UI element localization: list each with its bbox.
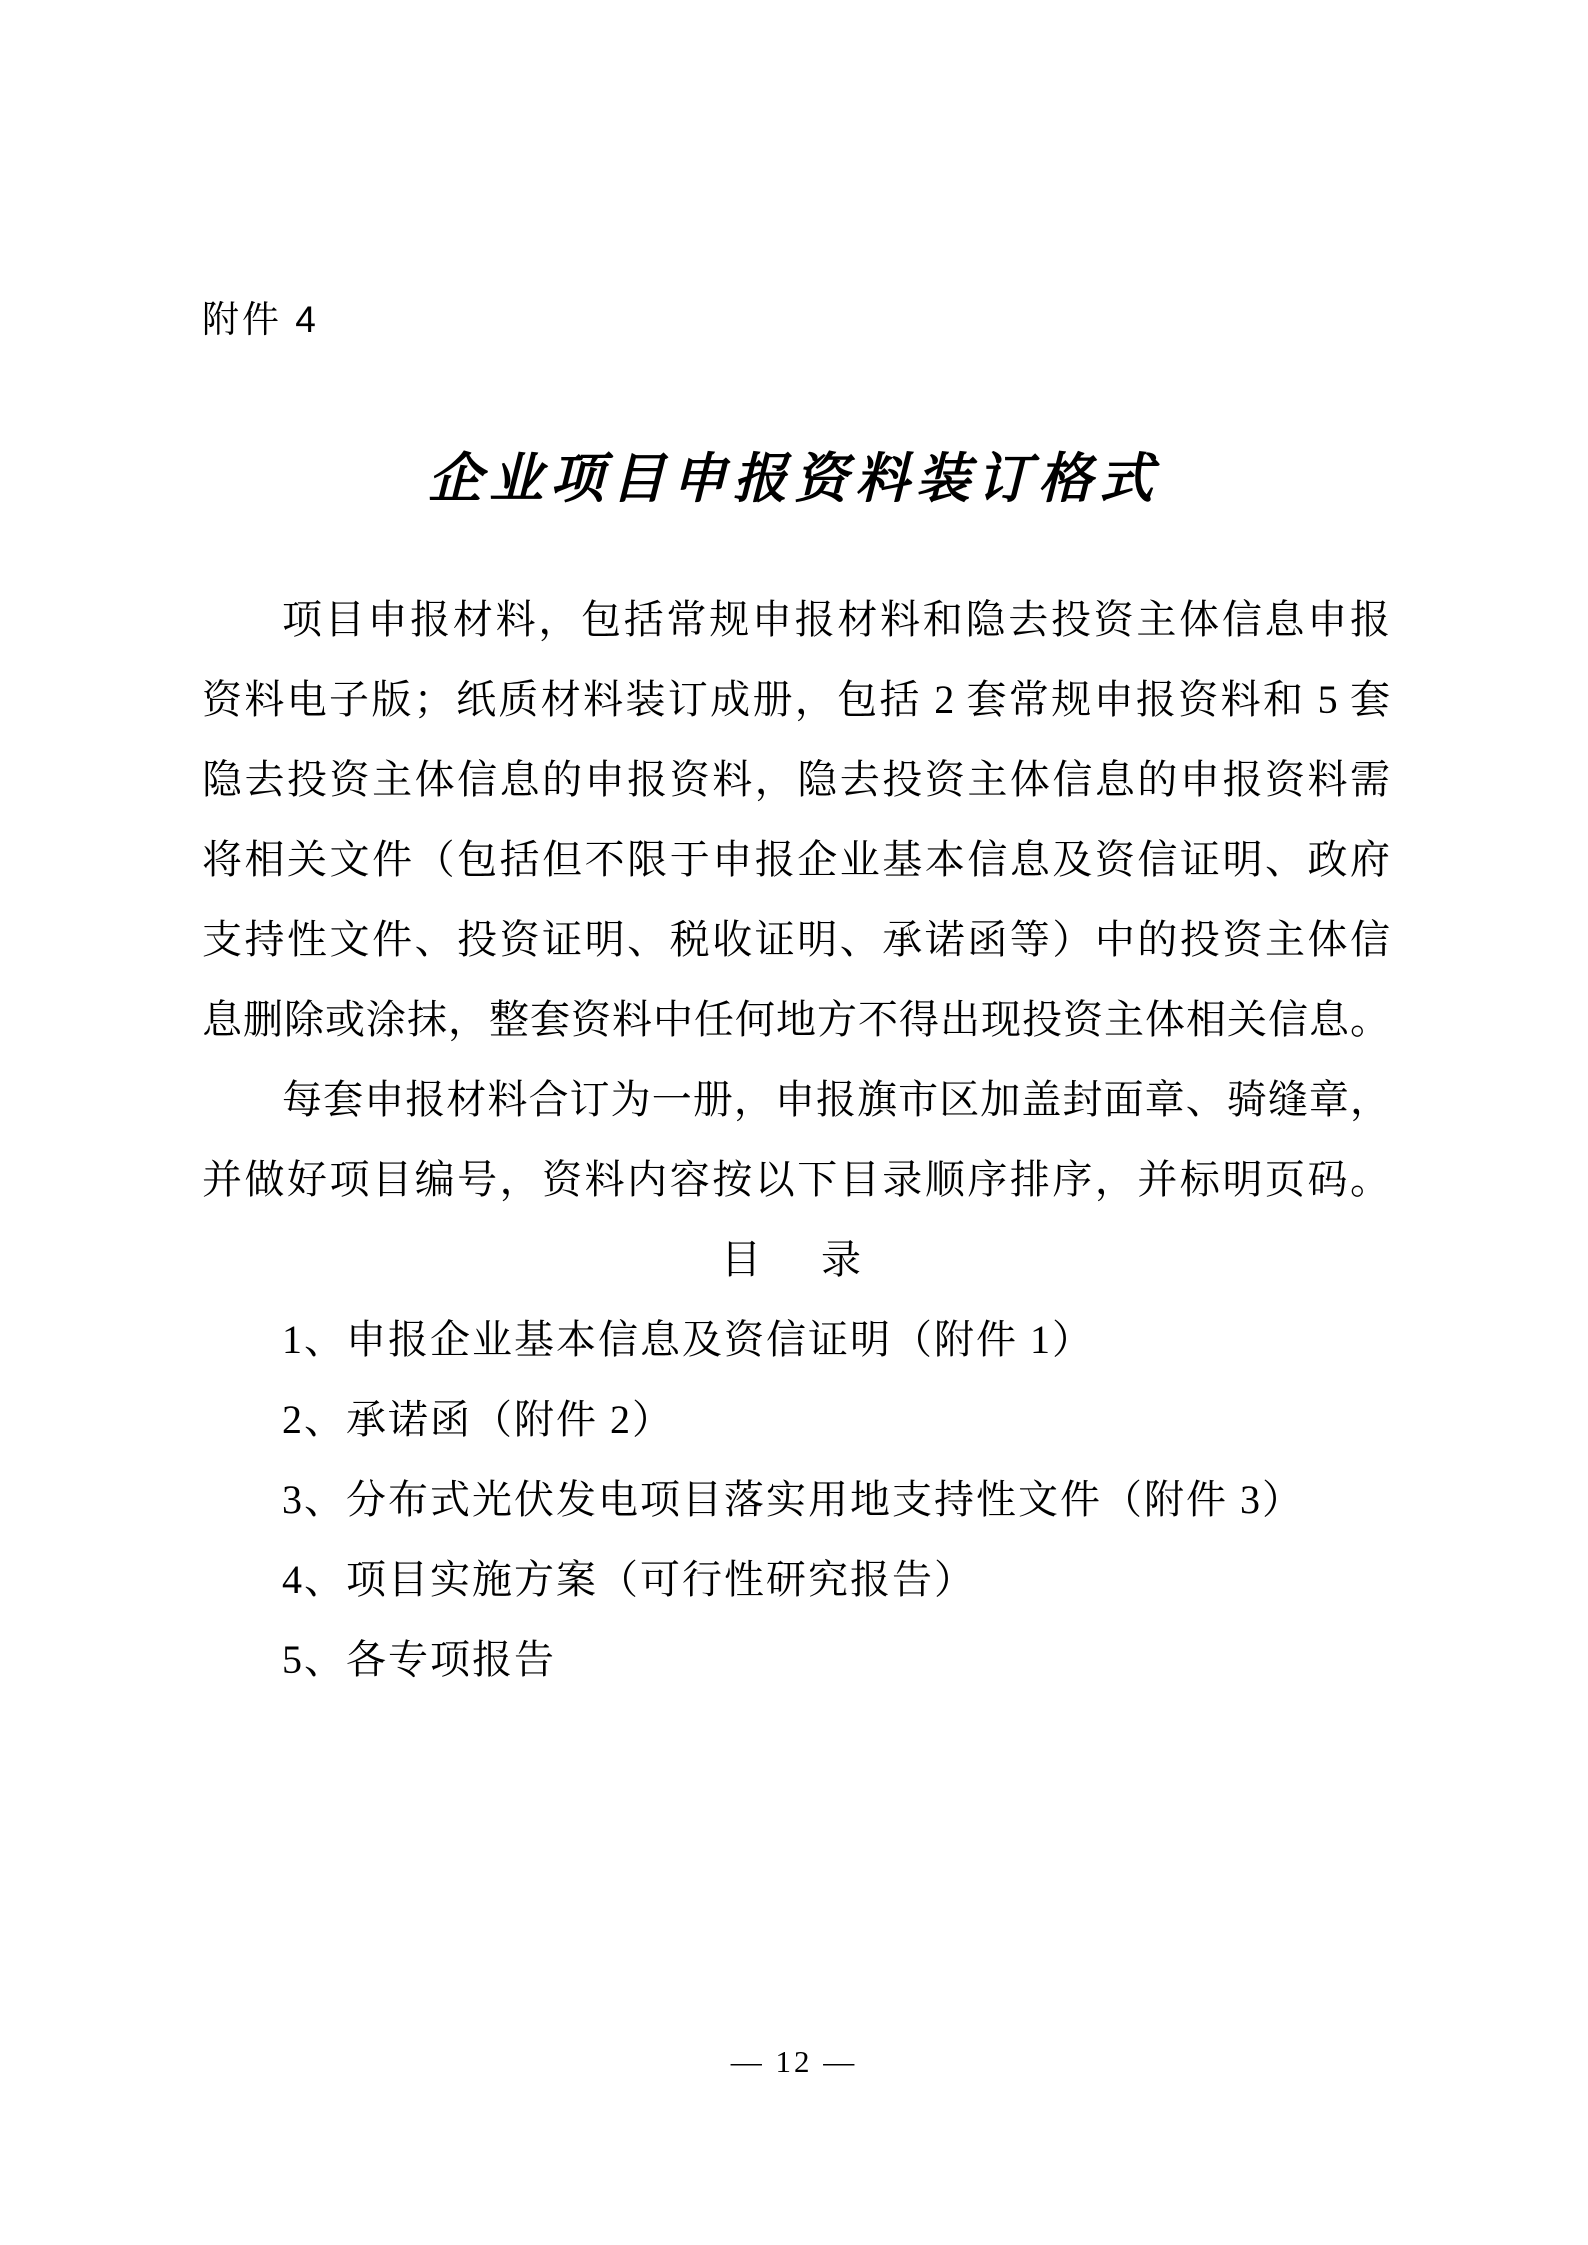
body-line: 支持性文件、投资证明、税收证明、承诺函等）中的投资主体信 — [202, 900, 1390, 980]
toc-item: 5、各专项报告 — [202, 1620, 1390, 1700]
body-line: 并做好项目编号，资料内容按以下目录顺序排序，并标明页码。 — [202, 1140, 1390, 1220]
toc-heading: 目 录 — [202, 1220, 1390, 1300]
body-line: 息删除或涂抹，整套资料中任何地方不得出现投资主体相关信息。 — [202, 980, 1390, 1060]
body-line: 将相关文件（包括但不限于申报企业基本信息及资信证明、政府 — [202, 820, 1390, 900]
body-line: 每套申报材料合订为一册，申报旗市区加盖封面章、骑缝章， — [202, 1060, 1390, 1140]
body-line: 资料电子版；纸质材料装订成册，包括 2 套常规申报资料和 5 套 — [202, 660, 1390, 740]
toc-item: 1、申报企业基本信息及资信证明（附件 1） — [202, 1300, 1390, 1380]
body-line: 项目申报材料，包括常规申报材料和隐去投资主体信息申报 — [202, 580, 1390, 660]
body-line: 隐去投资主体信息的申报资料，隐去投资主体信息的申报资料需 — [202, 740, 1390, 820]
toc-item: 3、分布式光伏发电项目落实用地支持性文件（附件 3） — [202, 1460, 1390, 1540]
toc-item: 2、承诺函（附件 2） — [202, 1380, 1390, 1460]
document-body: 项目申报材料，包括常规申报材料和隐去投资主体信息申报 资料电子版；纸质材料装订成… — [202, 580, 1390, 1700]
document-title: 企业项目申报资料装订格式 — [0, 440, 1588, 516]
document-page: 附件 4 企业项目申报资料装订格式 项目申报材料，包括常规申报材料和隐去投资主体… — [0, 0, 1588, 2245]
toc-item: 4、项目实施方案（可行性研究报告） — [202, 1540, 1390, 1620]
attachment-label: 附件 4 — [202, 296, 319, 344]
page-number: — 12 — — [0, 2042, 1588, 2082]
